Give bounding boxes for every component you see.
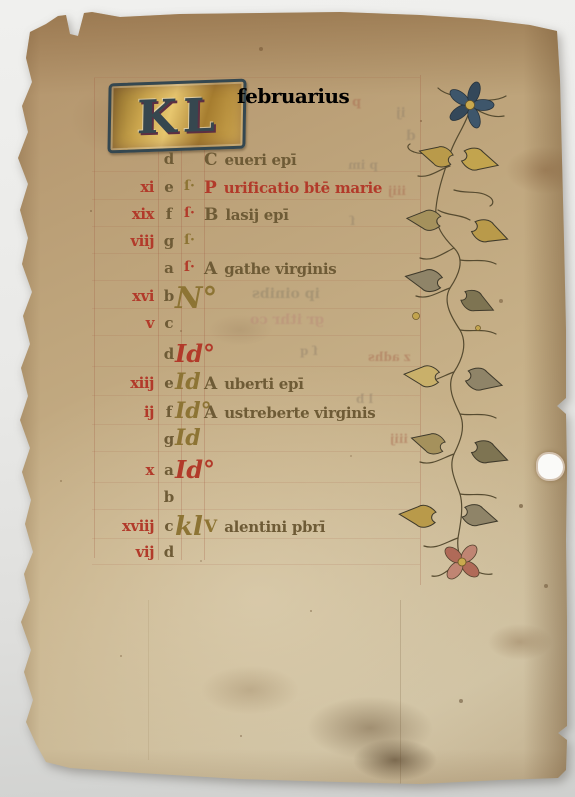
showthrough-text: ij: [396, 106, 406, 121]
feast-entry: Agathe virginis: [204, 259, 336, 279]
feast-name: gathe virginis: [224, 260, 336, 278]
calendar-row: vc: [0, 314, 440, 338]
feast-initial: C: [204, 150, 218, 170]
calendar-row: viijgſ·: [0, 232, 440, 256]
roman-calendar-mark-large: Id°: [175, 458, 215, 482]
dominical-letter: b: [159, 488, 179, 506]
roman-calendar-mark: ſ·: [184, 178, 195, 194]
dominical-letter: d: [159, 543, 179, 561]
golden-number: xvi: [84, 287, 154, 305]
kl-monogram-letters: KL: [132, 91, 221, 140]
feast-initial: A: [204, 403, 217, 423]
calendar-row: gId: [0, 430, 440, 454]
showthrough-text: p im: [348, 158, 378, 172]
roman-calendar-mark-large: kl: [175, 514, 203, 540]
roman-calendar-mark-large: N°: [175, 284, 217, 314]
showthrough-text: gr ithr co: [250, 312, 324, 328]
roman-calendar-mark-large: Id°: [175, 342, 215, 366]
feast-name: ustreberte virginis: [224, 404, 375, 422]
dominical-letter: c: [159, 314, 179, 332]
month-title: februarius: [237, 84, 349, 108]
feast-entry: Ceueri epī: [204, 150, 296, 170]
pink-flower: [442, 542, 482, 582]
showthrough-text: ſ: [350, 214, 355, 228]
feast-entry: Valentini pbrī: [204, 517, 325, 537]
calendar-row: ijfId°Austreberte virginis: [0, 403, 440, 427]
feast-entry: Purificatio btē marie: [204, 178, 382, 198]
showthrough-text: l b: [356, 392, 373, 406]
showthrough-text: ſ q: [300, 344, 318, 358]
golden-number: ij: [84, 403, 154, 421]
calendar-row: xaId°: [0, 461, 440, 485]
golden-number: vij: [84, 543, 154, 561]
feast-initial: P: [204, 178, 217, 198]
feast-initial: A: [204, 374, 217, 394]
gold-dots: [413, 313, 481, 331]
golden-number: xiij: [84, 374, 154, 392]
showthrough-text: iiij: [390, 432, 408, 446]
feast-entry: Blasij epī: [204, 205, 289, 225]
feast-initial: A: [204, 259, 217, 279]
golden-number: xix: [84, 205, 154, 223]
page-content: KL februarius dCeueri epīxieſ·Purificati…: [0, 0, 575, 797]
kl-monogram: KL: [107, 79, 246, 154]
feast-name: urificatio btē marie: [224, 179, 382, 197]
golden-number: xi: [84, 178, 154, 196]
calendar-row: xieſ·Purificatio btē marie: [0, 178, 440, 202]
feast-entry: Auberti epī: [204, 374, 304, 394]
calendar-row: xixfſ·Blasij epī: [0, 205, 440, 229]
showthrough-text: p: [352, 95, 361, 110]
calendar-row: xvibN°: [0, 287, 440, 311]
feast-name: eueri epī: [225, 151, 297, 169]
feast-entry: Austreberte virginis: [204, 403, 375, 423]
calendar-row: b: [0, 488, 440, 512]
roman-calendar-mark-large: Id: [175, 427, 201, 449]
showthrough-text: ip oinibs: [252, 286, 320, 302]
calendar-row: vijd: [0, 543, 440, 567]
roman-calendar-mark: ſ·: [184, 205, 195, 221]
gold-ivy-leaves: [398, 141, 511, 531]
calendar-row: xviijcklValentini pbrī: [0, 517, 440, 541]
blue-flower: [447, 80, 494, 129]
showthrough-text: z adhs: [368, 350, 411, 364]
manuscript-photo: KL februarius dCeueri epīxieſ·Purificati…: [0, 0, 575, 797]
vine-border-decoration: [408, 70, 568, 595]
calendar-row: aſ·Agathe virginis: [0, 259, 440, 283]
dominical-letter: d: [159, 150, 179, 168]
dominical-letter: g: [159, 232, 179, 250]
golden-number: x: [84, 461, 154, 479]
feast-initial: B: [204, 205, 218, 225]
golden-number: v: [84, 314, 154, 332]
golden-number: viij: [84, 232, 154, 250]
ruling-line-horizontal: [94, 77, 420, 78]
feast-name: alentini pbrī: [224, 518, 325, 536]
dominical-letter: a: [159, 259, 179, 277]
dominical-letter: e: [159, 178, 179, 196]
golden-number: xviij: [84, 517, 154, 535]
parchment-hole: [536, 452, 565, 481]
roman-calendar-mark: ſ·: [184, 232, 195, 248]
dominical-letter: f: [159, 205, 179, 223]
roman-calendar-mark-large: Id: [175, 371, 201, 393]
feast-initial: V: [204, 517, 217, 537]
roman-calendar-mark: ſ·: [184, 259, 195, 275]
showthrough-text: iiij: [388, 184, 406, 198]
feast-name: lasij epī: [225, 206, 288, 224]
calendar-row: xiijeIdAuberti epī: [0, 374, 440, 398]
feast-name: uberti epī: [224, 375, 303, 393]
